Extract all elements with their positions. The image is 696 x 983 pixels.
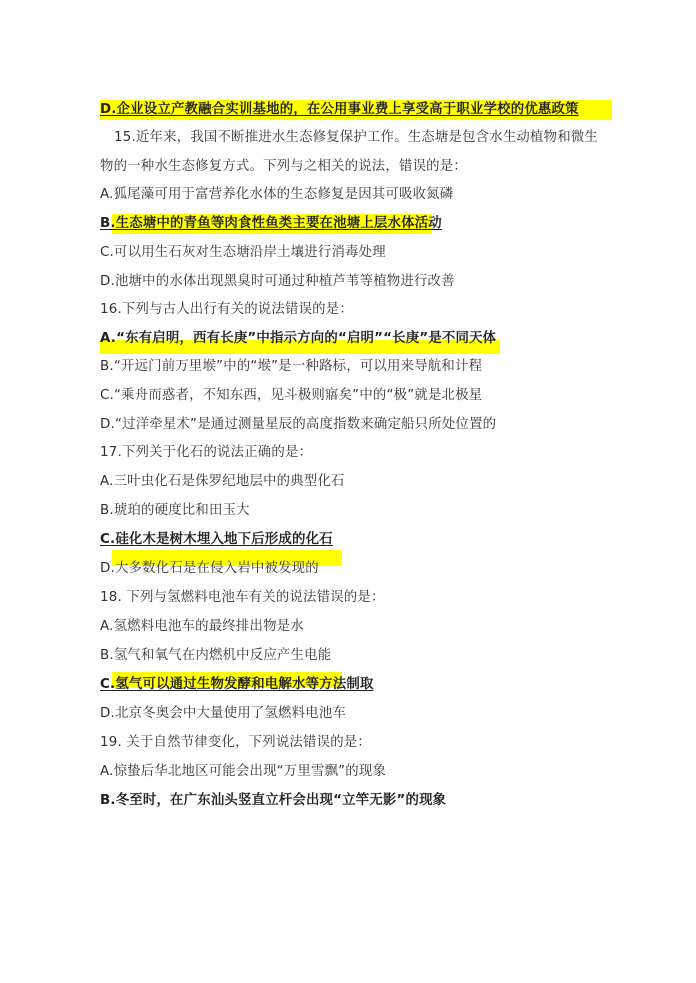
- answer-14-d-text: D.企业设立产教融合实训基地的，在公用事业费上享受高于职业学校的优惠政策: [100, 102, 579, 117]
- option-18-d-text: D.北京冬奥会中大量使用了氢燃料电池车: [100, 706, 346, 721]
- option-18-c-text: C.氢气可以通过生物发酵和电解水等方法制取: [100, 677, 374, 692]
- option-15-c: C.可以用生石灰对生态塘沿岸土壤进行消毒处理: [100, 243, 386, 263]
- option-17-a-text: A.三叶虫化石是侏罗纪地层中的典型化石: [100, 474, 345, 489]
- question-16-text: 16.下列与古人出行有关的说法错误的是：: [100, 302, 353, 317]
- option-17-c: C.硅化木是树木埋入地下后形成的化石: [100, 530, 333, 550]
- question-19: 19. 关于自然节律变化，下列说法错误的是：: [100, 733, 371, 753]
- option-18-a: A.氢燃料电池车的最终排出物是水: [100, 617, 304, 637]
- question-15-text: 15.近年来，我国不断推进水生态修复保护工作。生态塘是包含水生动植物和微生: [114, 130, 598, 145]
- question-15-cont: 物的一种水生态修复方式。下列与之相关的说法，错误的是：: [100, 157, 467, 177]
- option-16-d-text: D.“过洋牵星术”是通过测量星辰的高度指数来确定船只所处位置的: [100, 417, 496, 432]
- option-17-d: D.大多数化石是在侵入岩中被发现的: [100, 559, 319, 579]
- option-15-d: D.池塘中的水体出现黑臭时可通过种植芦苇等植物进行改善: [100, 272, 455, 292]
- option-19-b: B.冬至时，在广东汕头竖直立杆会出现“立竿无影”的现象: [100, 791, 446, 811]
- answer-14-d: D.企业设立产教融合实训基地的，在公用事业费上享受高于职业学校的优惠政策: [100, 100, 579, 120]
- option-17-d-text: D.大多数化石是在侵入岩中被发现的: [100, 561, 319, 576]
- option-15-a: A.狐尾藻可用于富营养化水体的生态修复是因其可吸收氮磷: [100, 185, 453, 205]
- question-18: 18. 下列与氢燃料电池车有关的说法错误的是：: [100, 588, 385, 608]
- option-18-d: D.北京冬奥会中大量使用了氢燃料电池车: [100, 704, 346, 724]
- question-15: 15.近年来，我国不断推进水生态修复保护工作。生态塘是包含水生动植物和微生: [114, 128, 598, 148]
- option-16-d: D.“过洋牵星术”是通过测量星辰的高度指数来确定船只所处位置的: [100, 415, 496, 435]
- option-19-a: A.惊蛰后华北地区可能会出现“万里雪飘”的现象: [100, 762, 386, 782]
- option-16-b: B.“开远门前万里堠”中的“堠”是一种路标，可以用来导航和计程: [100, 357, 482, 377]
- option-19-a-text: A.惊蛰后华北地区可能会出现“万里雪飘”的现象: [100, 764, 386, 779]
- option-19-b-text: B.冬至时，在广东汕头竖直立杆会出现“立竿无影”的现象: [100, 793, 446, 808]
- option-17-b: B.琥珀的硬度比和田玉大: [100, 501, 250, 521]
- option-16-b-text: B.“开远门前万里堠”中的“堠”是一种路标，可以用来导航和计程: [100, 359, 482, 374]
- option-16-a: A.“东有启明，西有长庚”中指示方向的“启明”“长庚”是不同天体: [100, 329, 496, 349]
- option-15-a-text: A.狐尾藻可用于富营养化水体的生态修复是因其可吸收氮磷: [100, 187, 453, 202]
- option-15-b-text: B.生态塘中的青鱼等肉食性鱼类主要在池塘上层水体活动: [100, 216, 442, 231]
- question-16: 16.下列与古人出行有关的说法错误的是：: [100, 300, 353, 320]
- option-18-b: B.氢气和氧气在内燃机中反应产生电能: [100, 646, 331, 666]
- option-16-c: C.“乘舟而惑者，不知东西，见斗极则寤矣”中的“极”就是北极星: [100, 386, 482, 406]
- option-18-c: C.氢气可以通过生物发酵和电解水等方法制取: [100, 675, 374, 695]
- question-17-text: 17.下列关于化石的说法正确的是：: [100, 445, 312, 460]
- question-17: 17.下列关于化石的说法正确的是：: [100, 443, 312, 463]
- option-17-c-text: C.硅化木是树木埋入地下后形成的化石: [100, 532, 333, 547]
- option-18-a-text: A.氢燃料电池车的最终排出物是水: [100, 619, 304, 634]
- option-15-c-text: C.可以用生石灰对生态塘沿岸土壤进行消毒处理: [100, 245, 386, 260]
- question-15-cont-text: 物的一种水生态修复方式。下列与之相关的说法，错误的是：: [100, 159, 467, 174]
- option-18-b-text: B.氢气和氧气在内燃机中反应产生电能: [100, 648, 331, 663]
- question-18-text: 18. 下列与氢燃料电池车有关的说法错误的是：: [100, 590, 385, 605]
- option-16-a-text: A.“东有启明，西有长庚”中指示方向的“启明”“长庚”是不同天体: [100, 331, 496, 346]
- option-17-b-text: B.琥珀的硬度比和田玉大: [100, 503, 250, 518]
- option-16-c-text: C.“乘舟而惑者，不知东西，见斗极则寤矣”中的“极”就是北极星: [100, 388, 482, 403]
- option-17-a: A.三叶虫化石是侏罗纪地层中的典型化石: [100, 472, 345, 492]
- option-15-b: B.生态塘中的青鱼等肉食性鱼类主要在池塘上层水体活动: [100, 214, 442, 234]
- question-19-text: 19. 关于自然节律变化，下列说法错误的是：: [100, 735, 371, 750]
- option-15-d-text: D.池塘中的水体出现黑臭时可通过种植芦苇等植物进行改善: [100, 274, 455, 289]
